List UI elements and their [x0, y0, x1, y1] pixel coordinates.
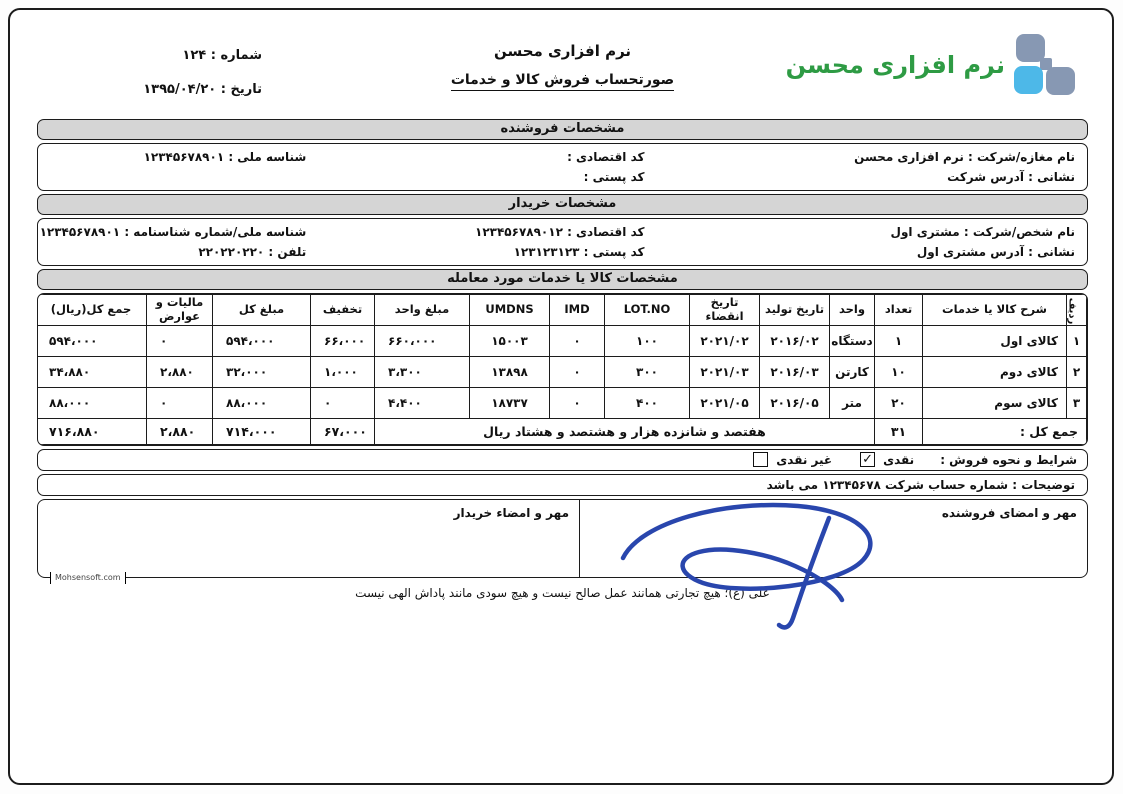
document-title: صورتحساب فروش کالا و خدمات: [451, 72, 674, 91]
cell-unit-price: ۳،۳۰۰: [375, 356, 470, 387]
buyer-info-box: نام شخص/شرکت : مشتری اول کد اقتصادی : ۱۲…: [37, 218, 1088, 266]
table-row: ۲ کالای دوم ۱۰ کارتن ۲۰۱۶/۰۳ ۲۰۲۱/۰۳ ۳۰۰…: [37, 356, 1087, 387]
cell-umdns: ۱۵۰۰۳: [470, 325, 550, 356]
terms-box: شرایط و نحوه فروش : نقدی ✓ غیر نقدی: [37, 449, 1088, 471]
invoice-header: شماره : ۱۲۴ تاریخ : ۱۳۹۵/۰۴/۲۰ نرم افزار…: [37, 28, 1088, 116]
seller-row-2: نشانی : آدرس شرکت کد پستی :: [50, 167, 1075, 187]
table-row: ۱ کالای اول ۱ دستگاه ۲۰۱۶/۰۲ ۲۰۲۱/۰۲ ۱۰۰…: [37, 325, 1087, 356]
company-logo: نرم افزاری محسن: [786, 34, 1076, 96]
totals-tax: ۲،۸۸۰: [147, 418, 213, 444]
totals-row: جمع کل : ۳۱ هفتصد و شانزده هزار و هشتصد …: [37, 418, 1087, 444]
table-row: ۳ کالای سوم ۲۰ متر ۲۰۱۶/۰۵ ۲۰۲۱/۰۵ ۴۰۰ ۰…: [37, 387, 1087, 418]
seller-address: نشانی : آدرس شرکت: [645, 170, 1076, 184]
cell-row: ۲: [1067, 356, 1087, 387]
cell-exp-date: ۲۰۲۱/۰۳: [690, 356, 760, 387]
logo-square-gray-side: [1046, 67, 1075, 95]
seller-name: نام مغازه/شرکت : نرم افزاری محسن: [645, 150, 1076, 164]
col-unit-price: مبلغ واحد: [375, 295, 470, 326]
signature-section: مهر و امضای فروشنده مهر و امضاء خریدار M…: [37, 499, 1088, 578]
seller-signature-label: مهر و امضای فروشنده: [580, 500, 1087, 520]
totals-grand-total: ۷۱۶،۸۸۰: [37, 418, 147, 444]
cell-discount: ۶۶،۰۰۰: [311, 325, 375, 356]
buyer-row-1: نام شخص/شرکت : مشتری اول کد اقتصادی : ۱۲…: [50, 222, 1075, 242]
buyer-address: نشانی : آدرس مشتری اول: [645, 245, 1076, 259]
cell-total: ۵۹۴،۰۰۰: [213, 325, 311, 356]
cell-unit: کارتن: [830, 356, 875, 387]
cash-checkbox[interactable]: ✓: [860, 452, 875, 467]
cell-imd: ۰: [550, 356, 605, 387]
col-total: مبلغ کل: [213, 295, 311, 326]
buyer-national-id: شناسه ملی/شماره شناسنامه : ۱۲۳۴۵۶۷۸۹۰۱: [50, 225, 306, 239]
items-header-row: ردیف شرح کالا یا خدمات تعداد واحد تاریخ …: [37, 295, 1087, 326]
col-umdns: UMDNS: [470, 295, 550, 326]
cell-total: ۸۸،۰۰۰: [213, 387, 311, 418]
items-section-title: مشخصات کالا یا خدمات مورد معامله: [37, 269, 1088, 290]
terms-label: شرایط و نحوه فروش :: [940, 453, 1077, 467]
cell-exp-date: ۲۰۲۱/۰۵: [690, 387, 760, 418]
totals-qty: ۳۱: [875, 418, 923, 444]
cell-lot-no: ۴۰۰: [605, 387, 690, 418]
buyer-economic-code: کد اقتصادی : ۱۲۳۴۵۶۷۸۹۰۱۲: [306, 225, 644, 239]
cell-row: ۳: [1067, 387, 1087, 418]
cell-tax: ۲،۸۸۰: [147, 356, 213, 387]
seller-info-box: نام مغازه/شرکت : نرم افزاری محسن کد اقتص…: [37, 143, 1088, 191]
totals-label: جمع کل :: [923, 418, 1087, 444]
buyer-signature-label: مهر و امضاء خریدار: [38, 500, 579, 520]
col-qty: تعداد: [875, 295, 923, 326]
cell-desc: کالای دوم: [923, 356, 1067, 387]
cell-desc: کالای سوم: [923, 387, 1067, 418]
col-unit: واحد: [830, 295, 875, 326]
col-prod-date: تاریخ تولید: [760, 295, 830, 326]
website-label: Mohsensoft.com: [50, 572, 126, 584]
cell-exp-date: ۲۰۲۱/۰۲: [690, 325, 760, 356]
cell-unit-price: ۴،۴۰۰: [375, 387, 470, 418]
col-imd: IMD: [550, 295, 605, 326]
logo-squares-icon: [1014, 34, 1076, 96]
col-grand-total: جمع کل(ریال): [37, 295, 147, 326]
cell-qty: ۱: [875, 325, 923, 356]
cell-qty: ۱۰: [875, 356, 923, 387]
cell-row: ۱: [1067, 325, 1087, 356]
cell-umdns: ۱۳۸۹۸: [470, 356, 550, 387]
col-lot-no: LOT.NO: [605, 295, 690, 326]
footer-quote: علی (ع)؛ هیچ تجارتی همانند عمل صالح نیست…: [37, 586, 1088, 600]
cell-discount: ۱،۰۰۰: [311, 356, 375, 387]
cell-unit: دستگاه: [830, 325, 875, 356]
cell-prod-date: ۲۰۱۶/۰۵: [760, 387, 830, 418]
items-table: ردیف شرح کالا یا خدمات تعداد واحد تاریخ …: [37, 294, 1087, 445]
totals-total: ۷۱۴،۰۰۰: [213, 418, 311, 444]
seller-section-title: مشخصات فروشنده: [37, 119, 1088, 140]
col-discount: تخفیف: [311, 295, 375, 326]
cell-desc: کالای اول: [923, 325, 1067, 356]
cell-total: ۳۲،۰۰۰: [213, 356, 311, 387]
cell-imd: ۰: [550, 325, 605, 356]
buyer-row-2: نشانی : آدرس مشتری اول کد پستی : ۱۲۳۱۲۳۱…: [50, 242, 1075, 262]
buyer-phone: تلفن : ۲۲۰۲۲۰۲۲۰: [50, 245, 306, 259]
totals-discount: ۶۷،۰۰۰: [311, 418, 375, 444]
noncash-checkbox[interactable]: [753, 452, 768, 467]
buyer-name: نام شخص/شرکت : مشتری اول: [645, 225, 1076, 239]
totals-amount-in-words: هفتصد و شانزده هزار و هشتصد و هشتاد ریال: [375, 418, 875, 444]
items-table-wrap: ردیف شرح کالا یا خدمات تعداد واحد تاریخ …: [37, 293, 1088, 446]
cell-grand-total: ۵۹۴،۰۰۰: [37, 325, 147, 356]
invoice: شماره : ۱۲۴ تاریخ : ۱۳۹۵/۰۴/۲۰ نرم افزار…: [37, 28, 1088, 600]
cell-discount: ۰: [311, 387, 375, 418]
col-desc: شرح کالا یا خدمات: [923, 295, 1067, 326]
seller-national-id: شناسه ملی : ۱۲۳۴۵۶۷۸۹۰۱: [50, 150, 306, 164]
cell-imd: ۰: [550, 387, 605, 418]
cell-unit: متر: [830, 387, 875, 418]
col-exp-date: تاریخ انقضاء: [690, 295, 760, 326]
noncash-label: غیر نقدی: [776, 453, 832, 467]
seller-row-1: نام مغازه/شرکت : نرم افزاری محسن کد اقتص…: [50, 147, 1075, 167]
col-row: ردیف: [1067, 295, 1087, 326]
seller-postal-code: کد پستی :: [306, 170, 644, 184]
cell-qty: ۲۰: [875, 387, 923, 418]
buyer-postal-code: کد پستی : ۱۲۳۱۲۳۱۲۳: [306, 245, 644, 259]
cell-tax: ۰: [147, 387, 213, 418]
cell-grand-total: ۸۸،۰۰۰: [37, 387, 147, 418]
cell-prod-date: ۲۰۱۶/۰۲: [760, 325, 830, 356]
logo-square-blue: [1014, 66, 1043, 94]
notes-box: توضیحات : شماره حساب شرکت ۱۲۳۴۵۶۷۸ می با…: [37, 474, 1088, 496]
buyer-section-title: مشخصات خریدار: [37, 194, 1088, 215]
cell-tax: ۰: [147, 325, 213, 356]
cell-umdns: ۱۸۷۳۷: [470, 387, 550, 418]
logo-wordmark: نرم افزاری محسن: [786, 51, 1005, 79]
seller-signature-box: مهر و امضای فروشنده: [579, 500, 1087, 577]
col-tax: مالیات و عوارض: [147, 295, 213, 326]
cell-lot-no: ۳۰۰: [605, 356, 690, 387]
cash-label: نقدی: [883, 453, 914, 467]
buyer-signature-box: مهر و امضاء خریدار: [38, 500, 579, 577]
cell-unit-price: ۶۶۰،۰۰۰: [375, 325, 470, 356]
seller-economic-code: کد اقتصادی :: [306, 150, 644, 164]
cell-grand-total: ۳۴،۸۸۰: [37, 356, 147, 387]
cell-prod-date: ۲۰۱۶/۰۳: [760, 356, 830, 387]
cell-lot-no: ۱۰۰: [605, 325, 690, 356]
